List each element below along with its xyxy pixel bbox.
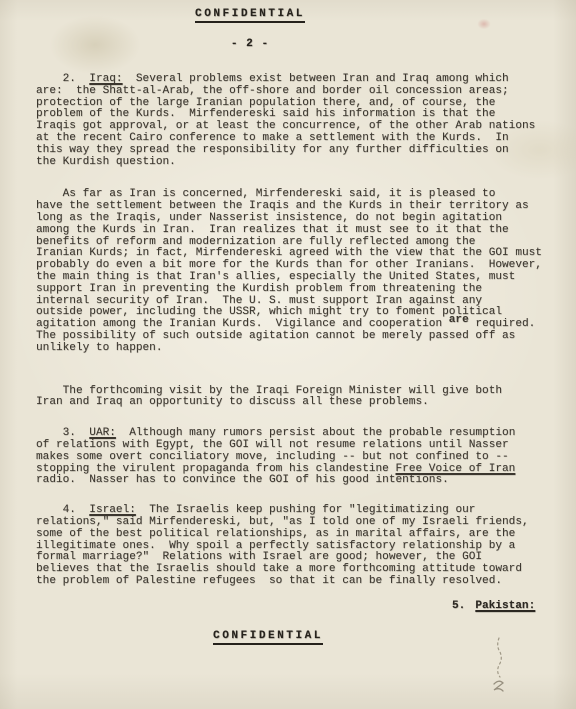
paragraph-israel-text: The Israelis keep pushing for "legitimat… [36,504,529,587]
paragraph-uar-number: 3. [36,427,89,439]
paragraph-forthcoming-visit-text: The forthcoming visit by the Iraqi Forei… [36,385,502,409]
classification-marking-bottom: CONFIDENTIAL [213,630,323,645]
paragraph-iraq-text: Several problems exist between Iran and … [36,73,535,168]
page-number: - 2 - [231,38,269,50]
paragraph-israel-heading: Israel: [89,504,136,516]
paragraph-iraq-number: 2. [36,73,89,85]
handwritten-scribble-icon [487,636,511,698]
next-section-pakistan: 5.Pakistan: [452,601,535,613]
paragraph-forthcoming-visit: The forthcoming visit by the Iraqi Forei… [36,386,560,410]
paragraph-uar-text-cont: radio. Nasser has to convince the GOI of… [36,474,449,486]
paragraph-israel-number: 4. [36,504,89,516]
document-page: CONFIDENTIAL - 2 - 2. Iraq: Several prob… [0,0,576,709]
paragraph-israel: 4. Israel: The Israelis keep pushing for… [36,505,560,588]
paragraph-iraq: 2. Iraq: Several problems exist between … [36,74,560,168]
top-classification-band: CONFIDENTIAL [0,9,500,21]
document-body: 2. Iraq: Several problems exist between … [36,74,560,588]
inserted-word-are: are [449,314,469,326]
paragraph-iran-kurds-text: As far as Iran is concerned, Mirfenderes… [36,188,542,330]
paragraph-uar: 3. UAR: Although many rumors persist abo… [36,428,560,487]
next-section-label: Pakistan: [475,600,535,612]
next-section-number: 5. [452,600,465,612]
paragraph-iraq-heading: Iraq: [89,73,122,85]
page-number-band: - 2 - [0,39,500,51]
paragraph-iran-kurds: As far as Iran is concerned, Mirfenderes… [36,189,560,354]
bottom-classification-band: CONFIDENTIAL [0,631,536,643]
paragraph-uar-heading: UAR: [89,427,116,439]
classification-marking-top: CONFIDENTIAL [195,8,305,23]
free-voice-of-iran-title: Free Voice of Iran [396,463,516,475]
